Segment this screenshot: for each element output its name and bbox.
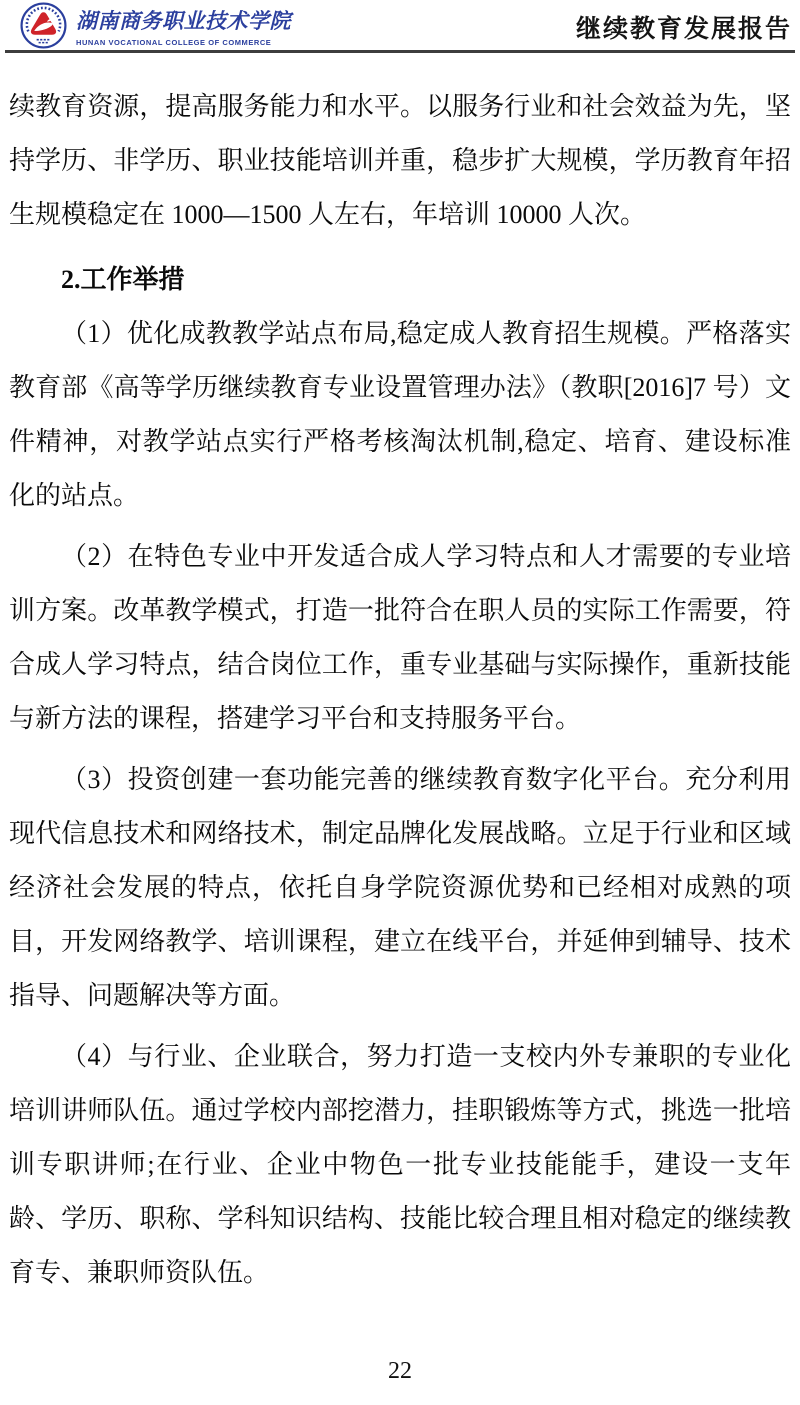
college-name-zh: 湖南商务职业技术学院 xyxy=(76,5,291,35)
paragraph-continuation: 续教育资源，提高服务能力和水平。以服务行业和社会效益为先，坚持学历、非学历、职业… xyxy=(9,80,791,242)
paragraph-item-1: （1）优化成教教学站点布局,稳定成人教育招生规模。严格落实教育部《高等学历继续教… xyxy=(9,307,791,523)
college-logo-icon xyxy=(20,2,67,49)
section-heading: 2.工作举措 xyxy=(61,253,791,307)
document-body: 续教育资源，提高服务能力和水平。以服务行业和社会效益为先，坚持学历、非学历、职业… xyxy=(9,80,791,1300)
college-name-en: HUNAN VOCATIONAL COLLEGE OF COMMERCE xyxy=(76,38,291,47)
page-number: 22 xyxy=(388,1358,412,1384)
document-page: 湖南商务职业技术学院 HUNAN VOCATIONAL COLLEGE OF C… xyxy=(0,0,800,1405)
college-name-block: 湖南商务职业技术学院 HUNAN VOCATIONAL COLLEGE OF C… xyxy=(76,5,291,47)
paragraph-item-3: （3）投资创建一套功能完善的继续教育数字化平台。充分利用现代信息技术和网络技术，… xyxy=(9,753,791,1023)
paragraph-item-4: （4）与行业、企业联合，努力打造一支校内外专兼职的专业化培训讲师队伍。通过学校内… xyxy=(9,1030,791,1300)
paragraph-item-2: （2）在特色专业中开发适合成人学习特点和人才需要的专业培训方案。改革教学模式，打… xyxy=(9,530,791,746)
page-footer: 22 xyxy=(0,1358,800,1385)
report-title: 继续教育发展报告 xyxy=(576,9,792,45)
page-header: 湖南商务职业技术学院 HUNAN VOCATIONAL COLLEGE OF C… xyxy=(5,0,795,53)
